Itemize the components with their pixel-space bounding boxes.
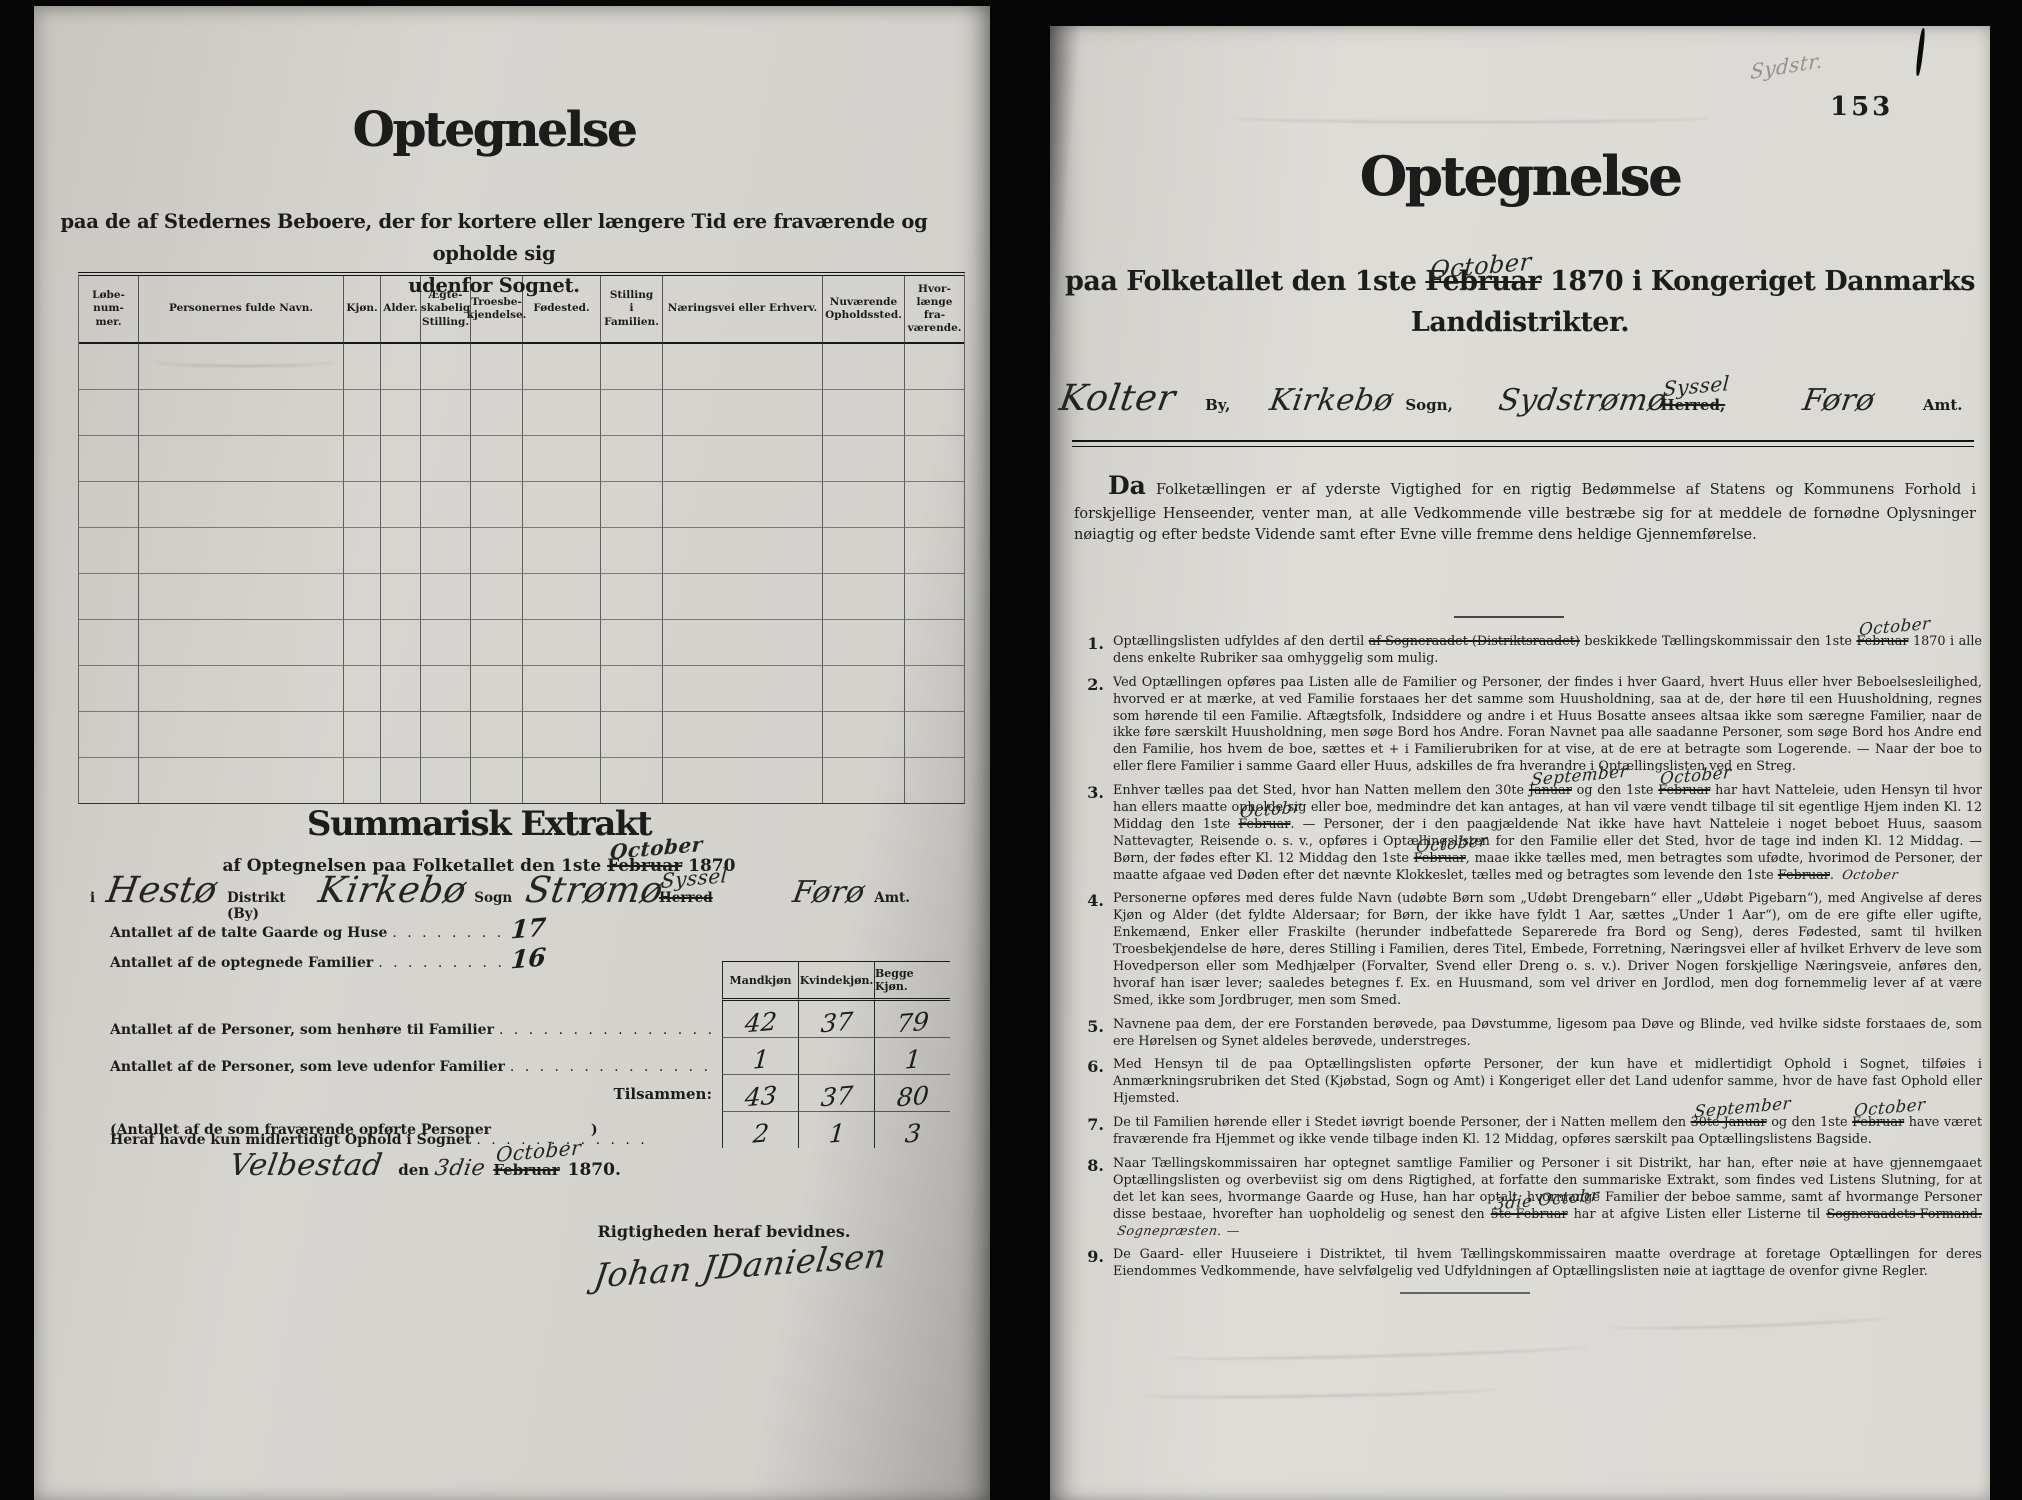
herred-correction: Syssel Herred, xyxy=(1660,395,1725,414)
count-label: Antallet af de talte Gaarde og Huse xyxy=(110,925,387,941)
table-cell-empty xyxy=(381,344,421,390)
month-correction: October Februar xyxy=(493,1160,559,1179)
signature-handwritten: Johan JDanielsen xyxy=(592,1236,890,1296)
table-row xyxy=(79,390,964,436)
right-page-subtitle: paa Folketallet den 1ste OctoberFebruar … xyxy=(1050,262,1990,343)
table-cell-empty xyxy=(344,436,381,482)
absent-note-text: (Antallet af de som fraværende opførte P… xyxy=(110,1122,491,1138)
table-row xyxy=(79,344,964,390)
column-header: Nuværende Opholdssted. xyxy=(823,276,905,344)
table-cell-empty xyxy=(663,666,823,712)
table-cell-empty xyxy=(139,758,344,803)
table-cell-empty xyxy=(905,436,964,482)
table-cell-empty xyxy=(421,666,471,712)
ink-mark xyxy=(1915,28,1926,76)
herred-handwritten: Strømø xyxy=(523,870,666,911)
item-text: Navnene paa dem, der ere Forstanden berø… xyxy=(1113,1017,1982,1051)
table-cell-empty xyxy=(663,712,823,758)
dateline-signing: Velbestad den 3die October Februar 1870. xyxy=(230,1148,621,1183)
left-page: Optegnelse paa de af Stedernes Beboere, … xyxy=(34,6,990,1500)
table-cell-empty xyxy=(139,482,344,528)
dot-leader: . . . . . . . . . . . . . . . xyxy=(510,1059,713,1075)
item-text: Naar Tællingskommissairen har optegnet s… xyxy=(1113,1156,1982,1240)
struck-correction: OctoberFebruar xyxy=(1425,262,1541,303)
struck-correction: 3die Octobr5te Februar xyxy=(1491,1207,1568,1224)
table-cell-empty xyxy=(601,758,663,803)
den-label: den xyxy=(398,1161,429,1179)
table-cell-empty xyxy=(139,666,344,712)
corner-pencil-note: Sydstr. xyxy=(1750,48,1824,84)
item-number: 1. xyxy=(1074,634,1113,668)
table-cell-empty xyxy=(601,436,663,482)
table-cell-empty xyxy=(523,436,601,482)
summary-header-kvinde: Kvindekjøn. xyxy=(798,961,874,1001)
right-page: Sydstr. 153 Optegnelse paa Folketallet d… xyxy=(1050,26,1990,1500)
table-cell-empty xyxy=(601,344,663,390)
column-header: Kjøn. xyxy=(344,276,381,344)
table-cell-empty xyxy=(601,574,663,620)
table-cell-empty xyxy=(79,482,139,528)
summary-value: 3 xyxy=(874,1112,950,1148)
table-cell-empty xyxy=(471,436,523,482)
table-cell-empty xyxy=(344,344,381,390)
item-text: De til Familien hørende eller i Stedet i… xyxy=(1113,1115,1982,1149)
bleedthrough-smudge xyxy=(1170,1341,1590,1363)
table-cell-empty xyxy=(139,390,344,436)
item-number: 3. xyxy=(1074,783,1113,884)
table-cell-empty xyxy=(663,436,823,482)
summary-label-text: Antallet af de Personer, som leve udenfo… xyxy=(110,1059,505,1075)
table-cell-empty xyxy=(663,758,823,803)
instruction-item: 1. Optællingslisten udfyldes af den dert… xyxy=(1074,634,1982,668)
table-cell-empty xyxy=(139,344,344,390)
subtitle-line2: Landdistrikter. xyxy=(1050,303,1990,344)
table-cell-empty xyxy=(823,620,905,666)
summary-value: 42 xyxy=(722,1001,798,1038)
table-cell-empty xyxy=(139,436,344,482)
table-cell-empty xyxy=(663,390,823,436)
summary-label-text: Tilsammen: xyxy=(614,1085,712,1103)
summary-row-label: Antallet af de Personer, som leve udenfo… xyxy=(110,1038,722,1075)
table-cell-empty xyxy=(523,620,601,666)
bleedthrough-smudge xyxy=(1140,1383,1500,1400)
dot-leader: . . . . . . . . . . . . . . . . . . . xyxy=(499,1022,713,1038)
struck-correction: OctoberFebruar xyxy=(1414,851,1466,868)
table-cell-empty xyxy=(421,482,471,528)
table-cell-empty xyxy=(601,390,663,436)
item-text: Enhver tælles paa det Sted, hvor han Nat… xyxy=(1113,783,1982,884)
summary-value: 79 xyxy=(874,1001,950,1038)
label-i: i xyxy=(90,890,95,906)
table-cell-empty xyxy=(905,344,964,390)
table-cell-empty xyxy=(79,620,139,666)
sogn-handwritten: Kirkebø xyxy=(1268,383,1397,418)
table-cell-empty xyxy=(421,620,471,666)
table-cell-empty xyxy=(421,528,471,574)
extract-heading: Summarisk Extrakt xyxy=(34,804,924,844)
table-cell-empty xyxy=(601,712,663,758)
instruction-item: 8. Naar Tællingskommissairen har optegne… xyxy=(1074,1156,1982,1240)
struck-correction: SeptemberJanuar xyxy=(1529,783,1572,800)
table-cell-empty xyxy=(79,712,139,758)
value-handwritten: 1 xyxy=(751,1044,769,1074)
table-cell-empty xyxy=(663,620,823,666)
struck-correction: af Sogneraadet (Distriktsraadet) xyxy=(1369,634,1580,651)
bleedthrough-smudge xyxy=(1610,1311,1890,1332)
table-cell-empty xyxy=(139,528,344,574)
table-cell-empty xyxy=(344,528,381,574)
item-number: 8. xyxy=(1074,1156,1113,1240)
census-scan: Optegnelse paa de af Stedernes Beboere, … xyxy=(0,0,2022,1500)
table-cell-empty xyxy=(523,574,601,620)
sogn-label: Sogn, xyxy=(1405,396,1452,414)
table-row xyxy=(79,620,964,666)
table-cell-empty xyxy=(471,482,523,528)
table-cell-empty xyxy=(381,758,421,803)
table-cell-empty xyxy=(79,528,139,574)
herred-correction: Syssel Herred xyxy=(659,887,713,906)
handwritten-correction: Octobr xyxy=(1240,796,1303,824)
summary-header-begge: Begge Kjøn. xyxy=(874,961,950,1001)
summary-value: 80 xyxy=(874,1075,950,1112)
amt-handwritten: Førø xyxy=(1800,383,1877,418)
instruction-item: 3. Enhver tælles paa det Sted, hvor han … xyxy=(1074,783,1982,884)
table-row xyxy=(79,758,964,803)
table-cell-empty xyxy=(79,390,139,436)
value-handwritten: 79 xyxy=(895,1007,929,1039)
table-cell-empty xyxy=(601,482,663,528)
column-header: Fødested. xyxy=(523,276,601,344)
sogn-label: Sogn xyxy=(474,890,512,906)
amt-label: Amt. xyxy=(1923,396,1963,414)
table-cell-empty xyxy=(601,620,663,666)
separator-rule xyxy=(1454,616,1564,618)
table-cell-empty xyxy=(663,482,823,528)
item-number: 9. xyxy=(1074,1247,1113,1281)
bleedthrough-smudge xyxy=(1230,112,1710,123)
table-cell-empty xyxy=(823,574,905,620)
struck-correction: OctobrFebruar xyxy=(1238,817,1290,834)
table-cell-empty xyxy=(471,528,523,574)
table-cell-empty xyxy=(601,666,663,712)
item-text: Ved Optællingen opføres paa Listen alle … xyxy=(1113,675,1982,776)
amt-label: Amt. xyxy=(874,890,910,906)
table-cell-empty xyxy=(523,712,601,758)
absent-note-close: ) xyxy=(591,1122,598,1138)
table-cell-empty xyxy=(381,482,421,528)
count-value-handwritten: 17 xyxy=(510,913,547,945)
column-header: Personernes fulde Navn. xyxy=(139,276,344,344)
instruction-item: 4. Personerne opføres med deres fulde Na… xyxy=(1074,891,1982,1009)
item-number: 2. xyxy=(1074,675,1113,776)
location-form-line: Kolter By, Kirkebø Sogn, Sydstrømø Sysse… xyxy=(1060,378,1980,419)
summary-value: 1 xyxy=(722,1038,798,1075)
table-cell-empty xyxy=(344,390,381,436)
value-handwritten: 1 xyxy=(903,1044,921,1074)
instruction-item: 6. Med Hensyn til de paa Optællingsliste… xyxy=(1074,1057,1982,1108)
intro-lead: Da xyxy=(1108,471,1146,500)
summary-corner xyxy=(110,961,722,1001)
struck-text: Sogneraadets Formand. xyxy=(1826,1207,1982,1222)
table-cell-empty xyxy=(344,666,381,712)
table-cell-empty xyxy=(471,712,523,758)
table-cell-empty xyxy=(471,758,523,803)
column-header: Hvor- længe fra- værende. xyxy=(905,276,964,344)
table-cell-empty xyxy=(421,344,471,390)
table-cell-empty xyxy=(471,666,523,712)
summary-label-text: Antallet af de Personer, som henhøre til… xyxy=(110,1022,494,1038)
table-cell-empty xyxy=(381,666,421,712)
table-cell-empty xyxy=(823,528,905,574)
sogn-handwritten: Kirkebø xyxy=(316,870,469,911)
struck-correction: OctoberFebruar xyxy=(1852,1115,1904,1132)
table-cell-empty xyxy=(344,712,381,758)
table-cell-empty xyxy=(344,620,381,666)
item-number: 6. xyxy=(1074,1057,1113,1108)
handwritten-correction: October xyxy=(1415,829,1488,857)
right-page-title: Optegnelse xyxy=(1050,144,1990,208)
handwritten-correction: October xyxy=(1854,1094,1927,1122)
column-header: Løbe- num- mer. xyxy=(79,276,139,344)
absentees-table: Løbe- num- mer. Personernes fulde Navn. … xyxy=(78,272,965,804)
table-row xyxy=(79,666,964,712)
closing-rule xyxy=(1400,1292,1530,1294)
table-cell-empty xyxy=(523,758,601,803)
table-cell-empty xyxy=(471,344,523,390)
table-cell-empty xyxy=(421,574,471,620)
table-cell-empty xyxy=(823,482,905,528)
table-cell-empty xyxy=(79,666,139,712)
absentees-table-body xyxy=(79,344,964,803)
value-handwritten: 37 xyxy=(819,1081,853,1113)
table-cell-empty xyxy=(471,574,523,620)
dot-leader: . . . . . . . . . . . . . . xyxy=(392,925,506,941)
table-cell-empty xyxy=(905,574,964,620)
struck-correction: September30te Januar xyxy=(1691,1115,1767,1132)
district-handwritten: Hestø xyxy=(104,870,220,911)
day-handwritten: 3die xyxy=(433,1156,487,1181)
table-cell-empty xyxy=(823,712,905,758)
summary-value: 2 xyxy=(722,1112,798,1148)
table-cell-empty xyxy=(523,344,601,390)
summary-row-label: Antallet af de Personer, som henhøre til… xyxy=(110,1001,722,1038)
table-cell-empty xyxy=(421,390,471,436)
table-cell-empty xyxy=(905,666,964,712)
summary-value: 1 xyxy=(874,1038,950,1075)
table-cell-empty xyxy=(663,344,823,390)
handwritten-inline: Sognepræsten. — xyxy=(1116,1224,1241,1241)
instructions-list: 1. Optællingslisten udfyldes af den dert… xyxy=(1074,634,1982,1288)
page-number: 153 xyxy=(1830,92,1893,122)
table-cell-empty xyxy=(381,574,421,620)
table-cell-empty xyxy=(523,666,601,712)
amt-handwritten: Førø xyxy=(790,875,867,910)
table-cell-empty xyxy=(823,390,905,436)
table-cell-empty xyxy=(344,574,381,620)
table-cell-empty xyxy=(905,712,964,758)
table-cell-empty xyxy=(905,758,964,803)
table-cell-empty xyxy=(523,390,601,436)
double-rule xyxy=(1072,440,1974,447)
value-handwritten: 37 xyxy=(819,1007,853,1039)
table-cell-empty xyxy=(421,758,471,803)
column-header: Næringsvei eller Erhverv. xyxy=(663,276,823,344)
summary-table: Mandkjøn Kvindekjøn. Begge Kjøn. Antalle… xyxy=(110,961,950,1148)
table-cell-empty xyxy=(421,436,471,482)
table-cell-empty xyxy=(79,344,139,390)
table-cell-empty xyxy=(421,712,471,758)
handwritten-inline: October xyxy=(1841,868,1900,885)
table-cell-empty xyxy=(381,528,421,574)
struck-correction: OctoberFebruar xyxy=(1658,783,1710,800)
handwritten-correction: 3die Octobr xyxy=(1493,1184,1600,1215)
summary-value: 1 xyxy=(798,1112,874,1148)
value-handwritten: 43 xyxy=(743,1081,777,1113)
table-row xyxy=(79,482,964,528)
by-label: By, xyxy=(1205,396,1230,414)
absentees-table-header: Løbe- num- mer. Personernes fulde Navn. … xyxy=(79,276,964,344)
table-row xyxy=(79,574,964,620)
absent-persons-note: (Antallet af de som fraværende opførte P… xyxy=(110,1122,598,1138)
handwritten-correction: October xyxy=(1858,613,1931,641)
intro-text: Folketællingen er af yderste Vigtighed f… xyxy=(1074,482,1976,543)
value-handwritten: 3 xyxy=(903,1118,921,1148)
item-number: 5. xyxy=(1074,1017,1113,1051)
table-cell-empty xyxy=(823,666,905,712)
table-cell-empty xyxy=(471,390,523,436)
column-header: Alder. xyxy=(381,276,421,344)
summary-header-mand: Mandkjøn xyxy=(722,961,798,1001)
table-row xyxy=(79,528,964,574)
by-handwritten: Kolter xyxy=(1057,378,1179,419)
count-row: Antallet af de talte Gaarde og Huse . . … xyxy=(110,914,546,943)
item-text: Personerne opføres med deres fulde Navn … xyxy=(1113,891,1982,1009)
table-cell-empty xyxy=(823,344,905,390)
instruction-item: 9. De Gaard- eller Huuseiere i Distrikte… xyxy=(1074,1247,1982,1281)
summary-row-label-tilsammen: Tilsammen: xyxy=(110,1075,722,1112)
bleedthrough-smudge xyxy=(154,356,334,367)
value-handwritten: 80 xyxy=(895,1081,929,1113)
syssel-handwritten: Syssel xyxy=(660,863,728,893)
table-cell-empty xyxy=(381,390,421,436)
summary-value: 43 xyxy=(722,1075,798,1112)
table-cell-empty xyxy=(523,482,601,528)
table-cell-empty xyxy=(344,482,381,528)
summary-value xyxy=(798,1038,874,1075)
item-number: 4. xyxy=(1074,891,1113,1009)
herred-handwritten: Sydstrømø xyxy=(1496,383,1669,418)
value-handwritten: 2 xyxy=(751,1118,769,1148)
table-row xyxy=(79,712,964,758)
table-cell-empty xyxy=(905,482,964,528)
subtitle-line1: paa Folketallet den 1ste OctoberFebruar … xyxy=(1050,262,1990,303)
table-cell-empty xyxy=(79,758,139,803)
summary-value: 37 xyxy=(798,1001,874,1038)
table-cell-empty xyxy=(663,574,823,620)
table-cell-empty xyxy=(381,620,421,666)
year-label: 1870. xyxy=(568,1160,621,1180)
table-row xyxy=(79,436,964,482)
struck-correction: Sogneraadets Formand. xyxy=(1826,1207,1982,1224)
instruction-item: 2. Ved Optællingen opføres paa Listen al… xyxy=(1074,675,1982,776)
table-cell-empty xyxy=(381,436,421,482)
value-handwritten: 1 xyxy=(827,1118,845,1148)
item-text: Optællingslisten udfyldes af den dertil … xyxy=(1113,634,1982,668)
item-text: Med Hensyn til de paa Optællingslisten o… xyxy=(1113,1057,1982,1108)
table-cell-empty xyxy=(905,390,964,436)
left-page-title: Optegnelse xyxy=(34,102,954,158)
table-cell-empty xyxy=(663,528,823,574)
intro-paragraph: Da Folketællingen er af yderste Vigtighe… xyxy=(1074,468,1976,546)
table-cell-empty xyxy=(139,574,344,620)
struck-text: af Sogneraadet (Distriktsraadet) xyxy=(1369,634,1580,649)
instruction-item: 7. De til Familien hørende eller i Stede… xyxy=(1074,1115,1982,1149)
item-text: De Gaard- eller Huuseiere i Distriktet, … xyxy=(1113,1247,1982,1281)
item-number: 7. xyxy=(1074,1115,1113,1149)
table-cell-empty xyxy=(471,620,523,666)
column-header: Troesbe- kjendelse. xyxy=(471,276,523,344)
struck-text: Februar xyxy=(1778,868,1830,883)
struck-correction: OctoberFebruar xyxy=(1856,634,1908,651)
table-cell-empty xyxy=(79,436,139,482)
column-header: Stilling i Familien. xyxy=(601,276,663,344)
table-cell-empty xyxy=(344,758,381,803)
table-cell-empty xyxy=(601,528,663,574)
summary-value: 37 xyxy=(798,1075,874,1112)
table-cell-empty xyxy=(905,528,964,574)
table-cell-empty xyxy=(905,620,964,666)
place-handwritten: Velbestad xyxy=(227,1148,385,1183)
table-cell-empty xyxy=(139,712,344,758)
column-header: Ægte- skabelig Stilling. xyxy=(421,276,471,344)
table-cell-empty xyxy=(79,574,139,620)
struck-correction: Februar xyxy=(1778,868,1830,885)
table-cell-empty xyxy=(381,712,421,758)
table-cell-empty xyxy=(823,758,905,803)
handwritten-correction: October xyxy=(1660,762,1733,790)
instruction-item: 5. Navnene paa dem, der ere Forstanden b… xyxy=(1074,1017,1982,1051)
table-cell-empty xyxy=(823,436,905,482)
value-handwritten: 42 xyxy=(743,1007,777,1039)
table-cell-empty xyxy=(523,528,601,574)
table-cell-empty xyxy=(139,620,344,666)
